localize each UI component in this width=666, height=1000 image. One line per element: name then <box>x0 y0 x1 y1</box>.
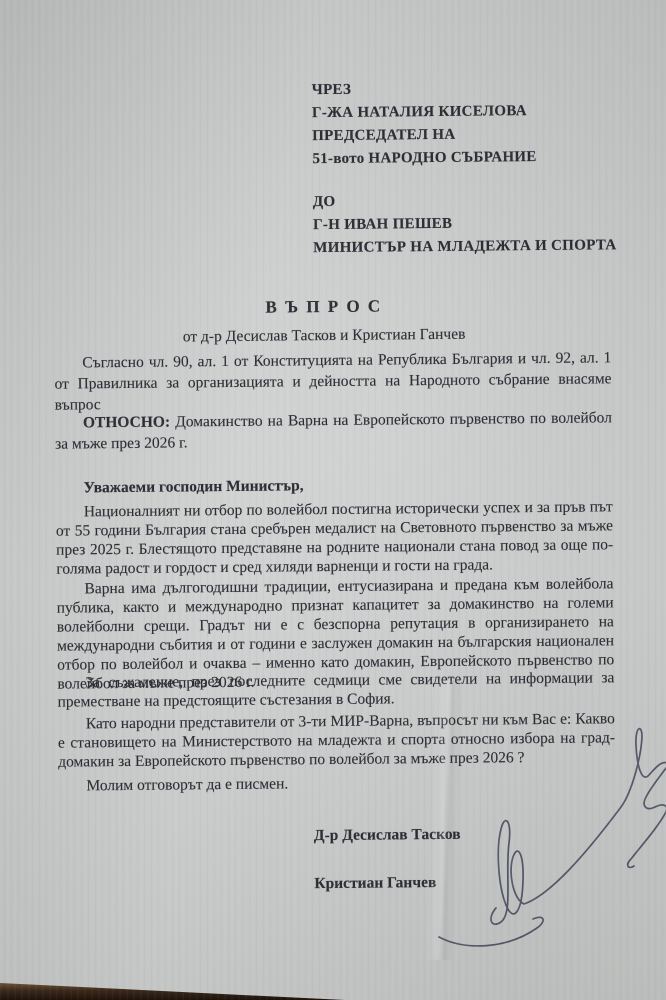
recipient-via-line: Г-ЖА НАТАЛИЯ КИСЕЛОВА <box>312 100 536 125</box>
authors-byline: от д-р Десислав Тасков и Кристиан Ганчев <box>49 324 599 347</box>
recipient-to-block: ДО Г-Н ИВАН ПЕШЕВ МИНИСТЪР НА МЛАДЕЖТА И… <box>313 188 617 260</box>
recipient-via-line: ПРЕДСЕДАТЕЛ НА <box>312 123 536 148</box>
signature-scribble <box>425 715 666 955</box>
recipient-to-line: МИНИСТЪР НА МЛАДЕЖТА И СПОРТА <box>313 234 616 260</box>
recipient-via-line: 51-вото НАРОДНО СЪБРАНИЕ <box>312 146 536 171</box>
body-paragraph: За съжаление, през последните седмици см… <box>57 668 614 711</box>
recipient-to-line: ДО <box>313 188 616 214</box>
subject-line: ОТНОСНО: Домакинство на Варна на Европей… <box>55 407 612 454</box>
subject-label: ОТНОСНО: <box>83 414 170 432</box>
document-page: ЧРЕЗ Г-ЖА НАТАЛИЯ КИСЕЛОВА ПРЕДСЕДАТЕЛ Н… <box>0 0 666 1000</box>
recipient-to-line: Г-Н ИВАН ПЕШЕВ <box>313 211 616 237</box>
recipient-via-block: ЧРЕЗ Г-ЖА НАТАЛИЯ КИСЕЛОВА ПРЕДСЕДАТЕЛ Н… <box>312 77 537 171</box>
body-paragraph: Националният ни отбор по волейбол постиг… <box>56 497 614 578</box>
recipient-via-line: ЧРЕЗ <box>312 77 536 102</box>
salutation: Уважаеми господин Министър, <box>83 477 303 497</box>
document-title: В Ъ П Р О С <box>49 294 599 319</box>
legal-basis-paragraph: Съгласно чл. 90, ал. 1 от Конституцията … <box>54 347 612 415</box>
